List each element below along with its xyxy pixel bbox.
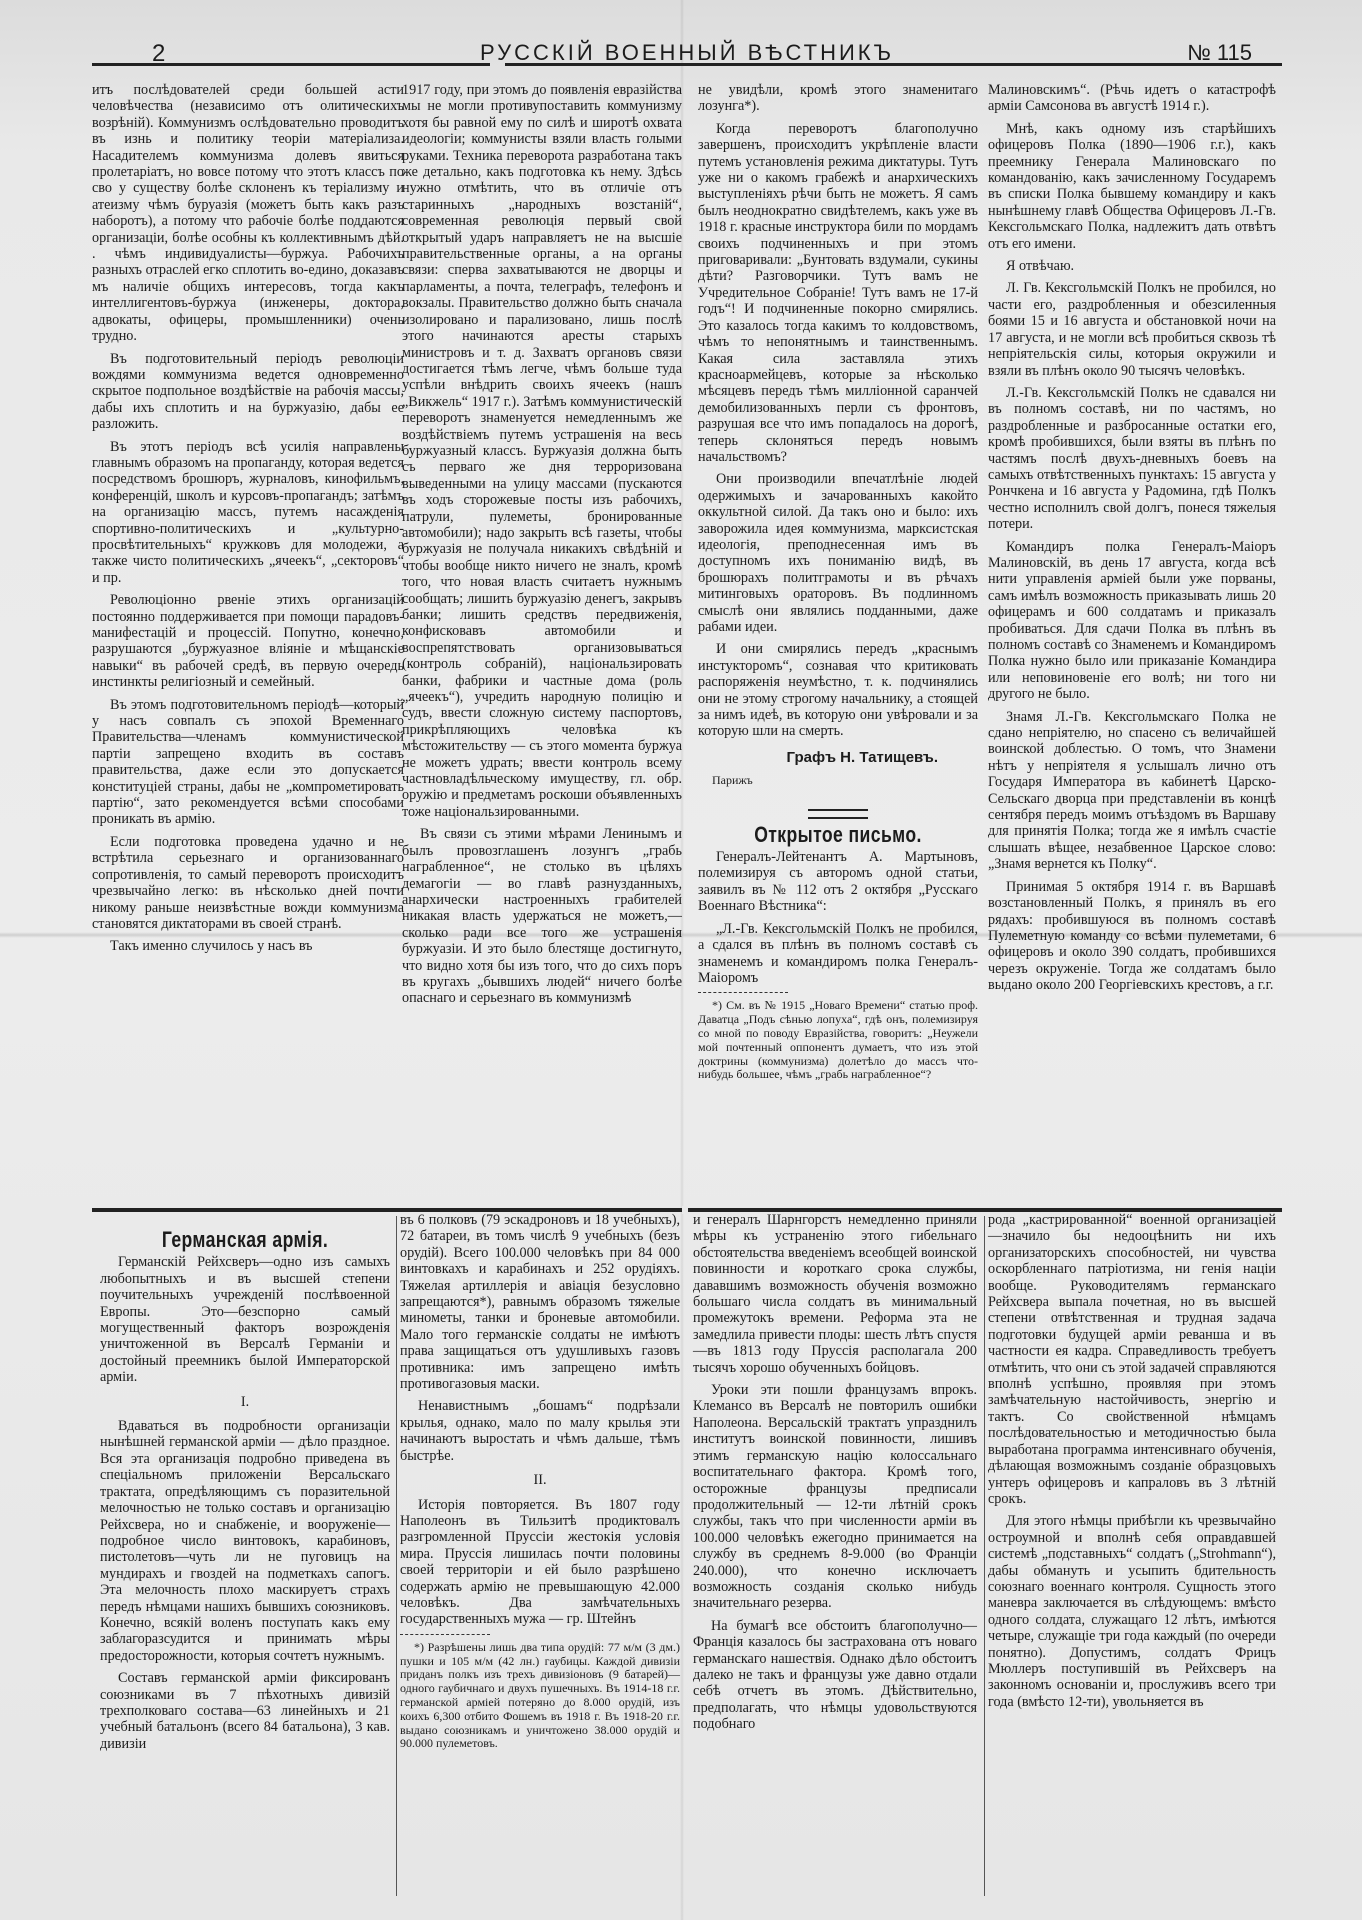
paragraph: 1917 году, при этомъ до появленія евразі… xyxy=(402,82,682,820)
paragraph: Въ связи съ этими мѣрами Ленинымъ и былъ… xyxy=(402,826,682,1006)
paragraph: Генералъ-Лейтенантъ А. Мартыновъ, полеми… xyxy=(698,849,978,915)
paragraph: Мнѣ, какъ одному изъ старѣйшихъ офицеров… xyxy=(988,121,1276,252)
paragraph: не увидѣли, кромѣ этого знаменитаго лозу… xyxy=(698,82,978,115)
open-letter-body: Генералъ-Лейтенантъ А. Мартыновъ, полеми… xyxy=(698,849,978,986)
paragraph: Революціонно рвеніе этихъ организацій по… xyxy=(92,592,404,690)
footnote-text: *) Разрѣшены лишь два типа орудій: 77 м/… xyxy=(400,1641,680,1751)
paragraph: И они смирялись передъ „краснымъ инстукт… xyxy=(698,641,978,739)
paragraph: Если подготовка проведена удачно и не вс… xyxy=(92,834,404,932)
paragraph: Я отвѣчаю. xyxy=(988,258,1276,274)
paragraph: Такъ именно случилось у насъ въ xyxy=(92,938,404,954)
footnote: *) Разрѣшены лишь два типа орудій: 77 м/… xyxy=(400,1641,680,1751)
article-column-2: 1917 году, при этомъ до появленія евразі… xyxy=(402,82,682,1007)
paragraph: рода „кастрированной“ военной организаці… xyxy=(988,1212,1276,1507)
paragraph: Въ этомъ подготовительномъ періодѣ—котор… xyxy=(92,697,404,828)
german-army-col1-body: Германскій Рейхсверъ—одно изъ самыхъ люб… xyxy=(100,1254,390,1752)
masthead-rule-left xyxy=(92,63,490,66)
footnote-text: *) См. въ № 1915 „Новаго Времени“ статью… xyxy=(698,999,978,1082)
paragraph: Л.-Гв. Кексгольмскій Полкъ не сдавался н… xyxy=(988,385,1276,533)
paragraph: На бумагѣ все обстоитъ благополучно—Фран… xyxy=(693,1618,977,1733)
paragraph: итъ послѣдователей среди большей асти че… xyxy=(92,82,404,345)
german-army-column-2: въ 6 полковъ (79 эскадроновъ и 18 учебны… xyxy=(400,1212,680,1751)
paragraph: Исторія повторяется. Въ 1807 году Наполе… xyxy=(400,1497,680,1628)
paragraph: „Л.-Гв. Кексгольмскій Полкъ не пробился,… xyxy=(698,921,978,987)
separator-rule xyxy=(808,809,868,819)
paragraph: въ 6 полковъ (79 эскадроновъ и 18 учебны… xyxy=(400,1212,680,1392)
dateline-place: Парижъ xyxy=(698,772,978,788)
paragraph: Вдаваться въ подробности организаціи нын… xyxy=(100,1418,390,1664)
german-army-column-4: рода „кастрированной“ военной организаці… xyxy=(988,1212,1276,1710)
paragraph: и генералъ Шарнгорстъ немедленно приняли… xyxy=(693,1212,977,1376)
footnote-rule xyxy=(400,1634,490,1635)
paragraph: Германскій Рейхсверъ—одно изъ самыхъ люб… xyxy=(100,1254,390,1385)
article-column-4: Малиновскимъ“. (Рѣчь идетъ о катастрофѣ … xyxy=(988,82,1276,994)
author-signature: Графъ Н. Татищевъ. xyxy=(698,750,978,766)
german-army-column-1: Германская армія. Германскій Рейхсверъ—о… xyxy=(100,1226,390,1752)
paragraph: Командиръ полка Генералъ-Маіоръ Малиновс… xyxy=(988,539,1276,703)
open-letter-heading: Открытое письмо. xyxy=(726,827,950,843)
paragraph: Л. Гв. Кексгольмскій Полкъ не пробился, … xyxy=(988,280,1276,378)
paragraph: Въ этотъ періодъ всѣ усилія направлены г… xyxy=(92,439,404,587)
paragraph: Принимая 5 октября 1914 г. въ Варшавѣ во… xyxy=(988,879,1276,994)
paragraph: Когда переворотъ благополучно завершенъ,… xyxy=(698,121,978,466)
footnote-rule xyxy=(698,992,788,993)
newspaper-page: 2 РУССКІЙ ВОЕННЫЙ ВѢСТНИКЪ № 115 итъ пос… xyxy=(0,0,1362,1920)
masthead-rule-right xyxy=(505,63,1282,66)
german-army-heading: Германская армія. xyxy=(129,1232,361,1248)
paragraph: Малиновскимъ“. (Рѣчь идетъ о катастрофѣ … xyxy=(988,82,1276,115)
paragraph: Уроки эти пошли французамъ впрокъ. Клема… xyxy=(693,1382,977,1612)
footnote: *) См. въ № 1915 „Новаго Времени“ статью… xyxy=(698,999,978,1082)
paragraph: Ненавистнымъ „бошамъ“ подрѣзали крылья, … xyxy=(400,1398,680,1464)
rule-gap xyxy=(682,1206,688,1214)
section-numeral: I. xyxy=(100,1394,390,1410)
article-column-3: не увидѣли, кромѣ этого знаменитаго лозу… xyxy=(698,82,978,1082)
section-numeral: II. xyxy=(400,1472,680,1488)
paragraph: Для этого нѣмцы прибѣгли къ чрезвычайно … xyxy=(988,1513,1276,1710)
paragraph: Они производили впечатлѣніе людей одержи… xyxy=(698,471,978,635)
paragraph: Составъ германской арміи фиксированъ сою… xyxy=(100,1670,390,1752)
paragraph: Знамя Л.-Гв. Кексгольмскаго Полка не сда… xyxy=(988,709,1276,873)
german-army-col2-body: въ 6 полковъ (79 эскадроновъ и 18 учебны… xyxy=(400,1212,680,1628)
column-divider xyxy=(396,1216,397,1896)
paragraph: Въ подготовительный періодъ революціи во… xyxy=(92,351,404,433)
article-column-1: итъ послѣдователей среди большей асти че… xyxy=(92,82,404,955)
column-3-body: не увидѣли, кромѣ этого знаменитаго лозу… xyxy=(698,82,978,740)
column-divider xyxy=(984,1216,985,1896)
german-army-column-3: и генералъ Шарнгорстъ немедленно приняли… xyxy=(693,1212,977,1733)
